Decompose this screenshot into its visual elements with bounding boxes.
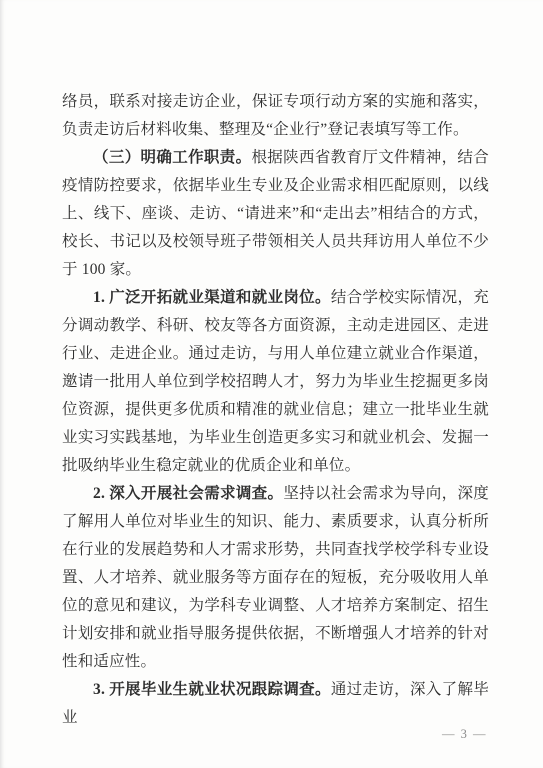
- paragraph-heading: （三）明确工作职责。: [93, 149, 251, 166]
- document-page: 络员，联系对接走访企业，保证专项行动方案的实施和落实，负责走访后材料收集、整理及…: [0, 0, 543, 768]
- paragraph-heading: 1. 广泛开拓就业渠道和就业岗位。: [93, 289, 331, 306]
- page-number: — 3 —: [442, 727, 487, 742]
- paragraph-text: 结合学校实际情况，充分调动教学、科研、校友等各方面资源，主动走进园区、走进行业、…: [62, 289, 489, 474]
- paragraph: 1. 广泛开拓就业渠道和就业岗位。结合学校实际情况，充分调动教学、科研、校友等各…: [62, 284, 489, 480]
- paragraph-text: 络员，联系对接走访企业，保证专项行动方案的实施和落实，负责走访后材料收集、整理及…: [62, 93, 489, 138]
- paragraph-text: 坚持以社会需求为导向，深度了解用人单位对毕业生的知识、能力、素质要求，认真分析所…: [62, 485, 489, 670]
- document-body: 络员，联系对接走访企业，保证专项行动方案的实施和落实，负责走访后材料收集、整理及…: [62, 88, 489, 732]
- paragraph: 3. 开展毕业生就业状况跟踪调查。通过走访，深入了解毕业: [62, 676, 489, 732]
- paragraph: （三）明确工作职责。根据陕西省教育厅文件精神，结合疫情防控要求，依据毕业生专业及…: [62, 144, 489, 284]
- paragraph-text: 根据陕西省教育厅文件精神，结合疫情防控要求，依据毕业生专业及企业需求相匹配原则，…: [62, 149, 489, 278]
- paragraph: 2. 深入开展社会需求调查。坚持以社会需求为导向，深度了解用人单位对毕业生的知识…: [62, 480, 489, 676]
- paragraph: 络员，联系对接走访企业，保证专项行动方案的实施和落实，负责走访后材料收集、整理及…: [62, 88, 489, 144]
- paragraph-heading: 2. 深入开展社会需求调查。: [93, 485, 283, 502]
- paragraph-heading: 3. 开展毕业生就业状况跟踪调查。: [93, 681, 331, 698]
